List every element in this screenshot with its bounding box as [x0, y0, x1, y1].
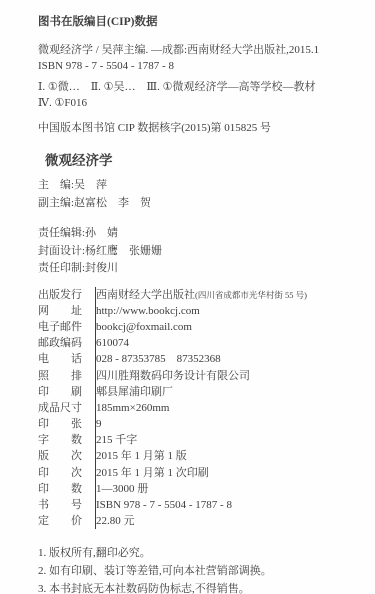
table-row: 邮政编码 610074	[38, 335, 307, 351]
publication-info-table: 出版发行 西南财经大学出版社(四川省成都市光华村街 55 号) 网 址 http…	[38, 287, 307, 530]
table-row: 字 数 215 千字	[38, 432, 307, 448]
row-label: 出版发行	[38, 287, 96, 303]
cip-isbn-line: ISBN 978 - 7 - 5504 - 1787 - 8	[38, 58, 359, 74]
row-value: http://www.bookcj.com	[96, 303, 307, 319]
row-label: 版 次	[38, 448, 96, 464]
classification-line-2: Ⅳ. ①F016	[38, 95, 359, 111]
row-label: 照 排	[38, 367, 96, 383]
table-row: 网 址 http://www.bookcj.com	[38, 303, 307, 319]
deputy-editor-line: 副主编:赵富松 李 贺	[38, 194, 359, 212]
table-row: 成品尺寸 185mm×260mm	[38, 400, 307, 416]
row-value: 2015 年 1 月第 1 次印刷	[96, 465, 307, 481]
cover-design-line: 封面设计:杨红鹰 张姗姗	[38, 243, 359, 261]
title-block: 微观经济学 主 编:吴 萍 副主编:赵富松 李 贺	[38, 153, 359, 212]
classification-line-1: Ⅰ. ①微… Ⅱ. ①吴… Ⅲ. ①微观经济学—高等学校—教材	[38, 79, 359, 95]
chief-editor-line: 主 编:吴 萍	[38, 176, 359, 194]
table-row: 印 次 2015 年 1 月第 1 次印刷	[38, 465, 307, 481]
print-supervisor-line: 责任印制:封俊川	[38, 260, 359, 278]
table-row: 照 排 四川胜翔数码印务设计有限公司	[38, 367, 307, 383]
row-value: 185mm×260mm	[96, 400, 307, 416]
book-title: 微观经济学	[45, 153, 359, 169]
table-row: 印 数 1—3000 册	[38, 481, 307, 497]
row-value: ISBN 978 - 7 - 5504 - 1787 - 8	[96, 497, 307, 513]
cip-classification-block: Ⅰ. ①微… Ⅱ. ①吴… Ⅲ. ①微观经济学—高等学校—教材 Ⅳ. ①F016	[38, 79, 359, 111]
row-label: 字 数	[38, 432, 96, 448]
row-label: 定 价	[38, 513, 96, 529]
row-value: 22.80 元	[96, 513, 307, 529]
row-value: 215 千字	[96, 432, 307, 448]
row-value: 1—3000 册	[96, 481, 307, 497]
table-row: 印 刷 郫县犀浦印刷厂	[38, 384, 307, 400]
cip-section: 图书在版编目(CIP)数据 微观经济学 / 吴萍主编. —成都:西南财经大学出版…	[38, 14, 359, 136]
row-label: 电 话	[38, 351, 96, 367]
row-label: 电子邮件	[38, 319, 96, 335]
table-row: 印 张 9	[38, 416, 307, 432]
row-label: 成品尺寸	[38, 400, 96, 416]
table-row: 版 次 2015 年 1 月第 1 版	[38, 448, 307, 464]
note-item: 1. 版权所有,翻印必究。	[38, 544, 359, 562]
notes-section: 1. 版权所有,翻印必究。 2. 如有印刷、装订等差错,可向本社营销部调换。 3…	[38, 544, 359, 594]
table-row: 电 话 028 - 87353785 87352368	[38, 351, 307, 367]
note-item: 2. 如有印刷、装订等差错,可向本社营销部调换。	[38, 562, 359, 580]
responsible-editor-line: 责任编辑:孙 婧	[38, 225, 359, 243]
table-row: 定 价 22.80 元	[38, 513, 307, 529]
row-value: 四川胜翔数码印务设计有限公司	[96, 367, 307, 383]
cip-header: 图书在版编目(CIP)数据	[38, 14, 359, 30]
cip-registry-line: 中国版本图书馆 CIP 数据核字(2015)第 015825 号	[38, 120, 359, 136]
row-label: 印 刷	[38, 384, 96, 400]
table-row: 书 号 ISBN 978 - 7 - 5504 - 1787 - 8	[38, 497, 307, 513]
row-value: 028 - 87353785 87352368	[96, 351, 307, 367]
row-value: 郫县犀浦印刷厂	[96, 384, 307, 400]
row-value: 西南财经大学出版社	[96, 289, 195, 301]
row-value: bookcj@foxmail.com	[96, 319, 307, 335]
row-label: 印 次	[38, 465, 96, 481]
row-value: 610074	[96, 335, 307, 351]
row-value: 2015 年 1 月第 1 版	[96, 448, 307, 464]
row-value: 9	[96, 416, 307, 432]
row-label: 印 数	[38, 481, 96, 497]
credits-section: 责任编辑:孙 婧 封面设计:杨红鹰 张姗姗 责任印制:封俊川	[38, 225, 359, 278]
row-label: 邮政编码	[38, 335, 96, 351]
row-label: 印 张	[38, 416, 96, 432]
note-item: 3. 本书封底无本社数码防伪标志,不得销售。	[38, 580, 359, 594]
cip-record-block: 微观经济学 / 吴萍主编. —成都:西南财经大学出版社,2015.1 ISBN …	[38, 42, 359, 74]
book-copyright-page: 图书在版编目(CIP)数据 微观经济学 / 吴萍主编. —成都:西南财经大学出版…	[0, 0, 375, 594]
table-row: 出版发行 西南财经大学出版社(四川省成都市光华村街 55 号)	[38, 287, 307, 303]
row-label: 网 址	[38, 303, 96, 319]
row-value-note: (四川省成都市光华村街 55 号)	[195, 290, 307, 300]
row-label: 书 号	[38, 497, 96, 513]
table-row: 电子邮件 bookcj@foxmail.com	[38, 319, 307, 335]
cip-record-line: 微观经济学 / 吴萍主编. —成都:西南财经大学出版社,2015.1	[38, 42, 359, 58]
